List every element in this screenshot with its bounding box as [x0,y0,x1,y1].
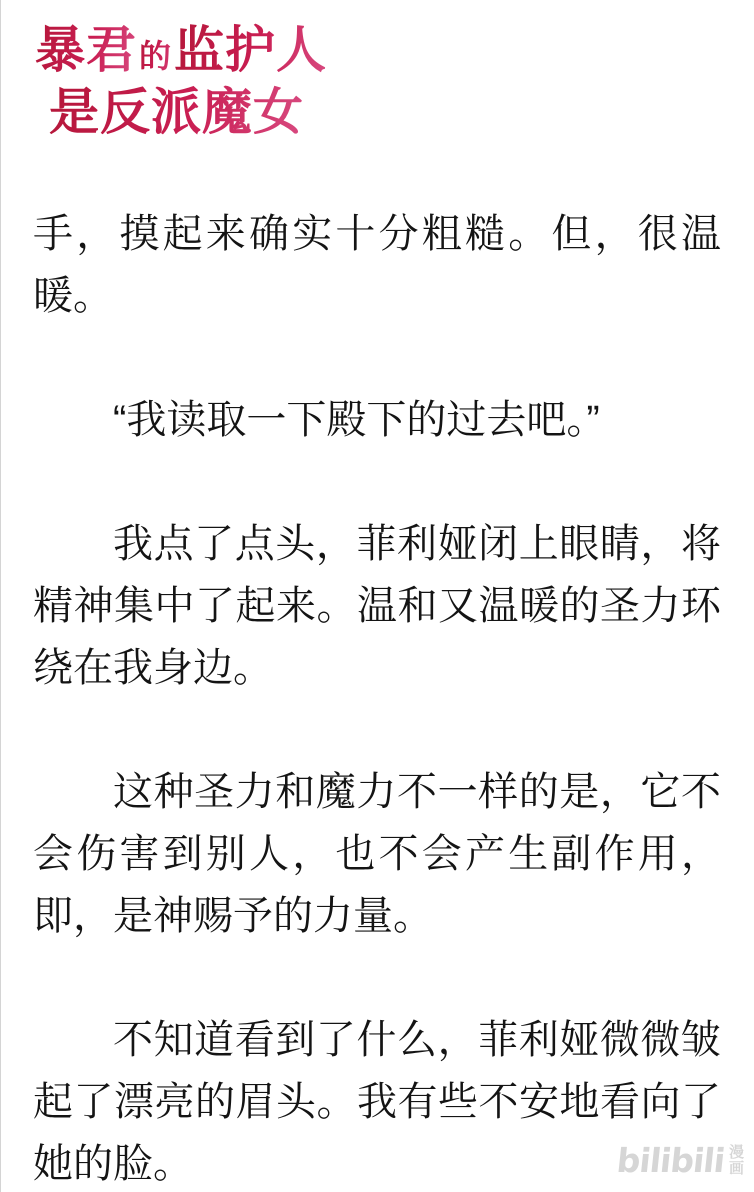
bilibili-manga-watermark: bilibili 漫 画 [617,1141,744,1180]
paragraph: 这种圣力和魔力不一样的是，它不会伤害到别人，也不会产生副作用，即，是神赐予的力量… [33,761,721,947]
series-title-line1: 暴君 的 监护人 [35,22,754,84]
series-title-text: 监护人 [174,22,327,77]
manga-label: 漫 画 [729,1145,744,1177]
page-edge-line [0,0,1,1192]
manga-label-bottom: 画 [729,1161,744,1177]
bilibili-logo: bilibili [615,1141,726,1180]
novel-text: 手，摸起来确实十分粗糙。但，很温暖。 “我读取一下殿下的过去吧。” 我点了点头，… [33,203,721,1192]
manga-label-top: 漫 [729,1145,744,1161]
paragraph: “我读取一下殿下的过去吧。” [33,389,721,451]
paragraph: 手，摸起来确实十分粗糙。但，很温暖。 [33,203,721,327]
series-title-text: 暴君 [35,22,137,77]
series-title-logo: 暴君 的 监护人 是反派魔女 [0,0,754,139]
paragraph: 我点了点头，菲利娅闭上眼睛，将精神集中了起来。温和又温暖的圣力环绕在我身边。 [33,513,721,699]
series-title-text: 的 [137,29,174,84]
series-title-text: 是反派魔女 [49,84,304,139]
novel-reader-page: { "theme": { "background": "#ffffff", "t… [0,0,754,1192]
series-title-line2: 是反派魔女 [49,84,754,139]
